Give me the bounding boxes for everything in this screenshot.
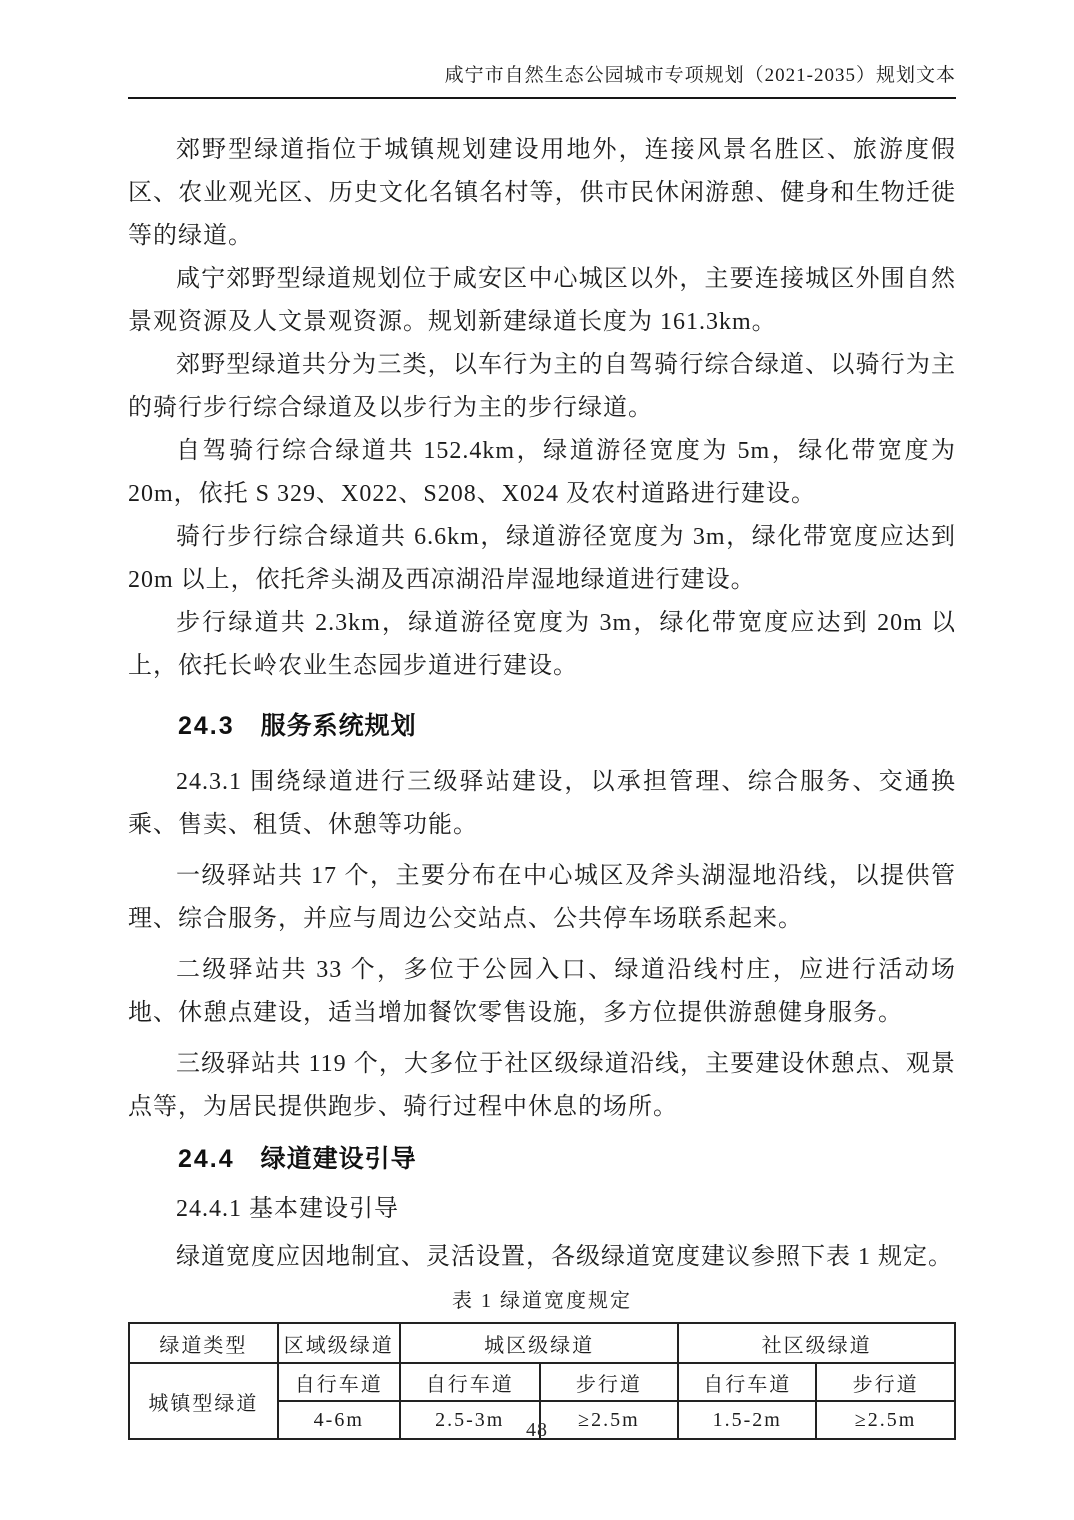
document-page: 咸宁市自然生态公园城市专项规划（2021-2035）规划文本 郊野型绿道指位于城… — [0, 0, 1074, 1520]
section-number: 24.3 — [178, 712, 235, 740]
section-title: 绿道建设引导 — [261, 1145, 417, 1173]
table-subheader-cell: 步行道 — [816, 1363, 955, 1401]
table-caption: 表 1 绿道宽度规定 — [128, 1284, 956, 1313]
header-rule: 咸宁市自然生态公园城市专项规划（2021-2035）规划文本 — [128, 64, 956, 99]
service-system-section: 24.3.1 围绕绿道进行三级驿站建设，以承担管理、综合服务、交通换乘、售卖、租… — [128, 761, 956, 1129]
table-header-cell: 绿道类型 — [129, 1323, 278, 1363]
body-paragraph: 24.3.1 围绕绿道进行三级驿站建设，以承担管理、综合服务、交通换乘、售卖、租… — [128, 761, 956, 847]
table-header-cell: 区域级绿道 — [278, 1323, 400, 1363]
document-body: 郊野型绿道指位于城镇规划建设用地外，连接风景名胜区、旅游度假区、农业观光区、历史… — [128, 129, 956, 1440]
table-header-row: 绿道类型 区域级绿道 城区级绿道 社区级绿道 — [129, 1323, 955, 1363]
body-paragraph: 绿道宽度应因地制宜、灵活设置，各级绿道宽度建议参照下表 1 规定。 — [128, 1236, 956, 1279]
header-title: 咸宁市自然生态公园城市专项规划（2021-2035）规划文本 — [128, 64, 956, 88]
table-header-cell: 城区级绿道 — [400, 1323, 678, 1363]
body-paragraph: 咸宁郊野型绿道规划位于咸安区中心城区以外，主要连接城区外围自然景观资源及人文景观… — [128, 258, 956, 344]
table-subheader-cell: 自行车道 — [678, 1363, 816, 1401]
table-header-cell: 社区级绿道 — [678, 1323, 955, 1363]
section-heading-24-3: 24.3服务系统规划 — [128, 704, 956, 748]
page-footer: 48 — [0, 1419, 1074, 1442]
body-paragraph: 郊野型绿道共分为三类，以车行为主的自驾骑行综合绿道、以骑行为主的骑行步行综合绿道… — [128, 344, 956, 430]
greenway-section: 郊野型绿道指位于城镇规划建设用地外，连接风景名胜区、旅游度假区、农业观光区、历史… — [128, 129, 956, 688]
body-paragraph: 步行绿道共 2.3km，绿道游径宽度为 3m，绿化带宽度应达到 20m 以上，依… — [128, 602, 956, 688]
section-heading-24-4: 24.4绿道建设引导 — [128, 1137, 956, 1181]
page-number: 48 — [526, 1419, 548, 1441]
table-subheader-row: 城镇型绿道 自行车道 自行车道 步行道 自行车道 步行道 — [129, 1363, 955, 1401]
table-subheader-cell: 步行道 — [540, 1363, 679, 1401]
body-paragraph: 二级驿站共 33 个，多位于公园入口、绿道沿线村庄，应进行活动场地、休憩点建设，… — [128, 949, 956, 1035]
section-number: 24.4 — [178, 1145, 235, 1173]
body-paragraph: 自驾骑行综合绿道共 152.4km，绿道游径宽度为 5m，绿化带宽度为 20m，… — [128, 430, 956, 516]
body-paragraph: 郊野型绿道指位于城镇规划建设用地外，连接风景名胜区、旅游度假区、农业观光区、历史… — [128, 129, 956, 258]
construction-guidance-section: 24.4.1 基本建设引导 绿道宽度应因地制宜、灵活设置，各级绿道宽度建议参照下… — [128, 1188, 956, 1279]
body-paragraph: 骑行步行综合绿道共 6.6km，绿道游径宽度为 3m，绿化带宽度应达到 20m … — [128, 516, 956, 602]
body-paragraph: 三级驿站共 119 个，大多位于社区级绿道沿线，主要建设休憩点、观景点等，为居民… — [128, 1043, 956, 1129]
section-title: 服务系统规划 — [261, 712, 417, 740]
table-subheader-cell: 自行车道 — [278, 1363, 400, 1401]
subsection-heading-24-4-1: 24.4.1 基本建设引导 — [128, 1188, 956, 1231]
page-header: 咸宁市自然生态公园城市专项规划（2021-2035）规划文本 — [128, 0, 956, 99]
table-subheader-cell: 自行车道 — [400, 1363, 540, 1401]
body-paragraph: 一级驿站共 17 个，主要分布在中心城区及斧头湖湿地沿线，以提供管理、综合服务，… — [128, 855, 956, 941]
